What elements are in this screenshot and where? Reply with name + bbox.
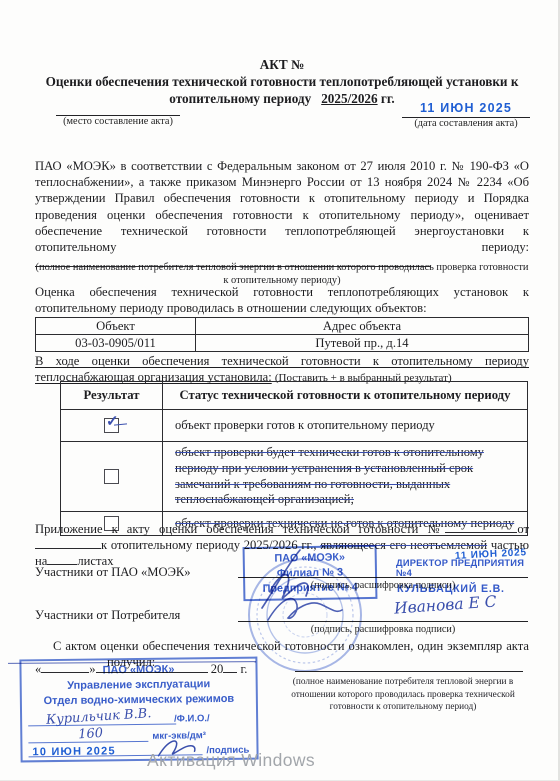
consumer-signature-scribble-icon — [262, 592, 346, 626]
status-text-ready: объект проверки готов к отопительному пе… — [163, 410, 528, 442]
heating-period-years: 2025/2026 — [321, 91, 377, 106]
objects-table-row: 03-03-0905/011 Путевой пр., д.14 — [36, 335, 529, 352]
result-row-ready: ✓ объект проверки готов к отопительному … — [61, 410, 528, 442]
attachment-number-blank — [445, 523, 517, 533]
attachment-date-blank — [35, 539, 101, 549]
attachment-p2: от — [517, 522, 529, 536]
place-blank-line — [56, 103, 180, 116]
objects-table-header: Объект Адрес объекта — [36, 318, 529, 335]
attachment-sheets-blank — [47, 555, 77, 565]
water-chemistry-stamp: ПАО «МОЭК» Управление эксплуатации Отдел… — [19, 657, 258, 763]
act-number-title: АКТ № — [35, 56, 529, 73]
date-of-act-block: 11 ИЮН 2025 (дата составления акта) — [402, 101, 530, 131]
consumer-fullname-caption: (полное наименование потребителя теплово… — [270, 676, 536, 714]
document-title-block: АКТ № Оценки обеспечения технической гот… — [35, 56, 529, 107]
checkbox-ready: ✓ — [104, 418, 119, 433]
result-table: Результат Статус технической готовности … — [60, 381, 528, 536]
place-caption: (место составление акта) — [56, 116, 180, 129]
result-row-conditional: ✓ объект проверки будет технически готов… — [61, 442, 528, 512]
objects-lead: Оценка обеспечения технической готовност… — [35, 284, 529, 316]
attachment-p1: Приложение к акту оценки обеспечения тех… — [35, 522, 445, 536]
bottom-stamp-line3: Отдел водно-химических режимов — [22, 693, 256, 708]
object-id-cell: 03-03-0905/011 — [36, 335, 196, 352]
checkbox-cell: ✓ — [61, 410, 163, 442]
checkbox-cell: ✓ — [61, 442, 163, 512]
status-text-conditional: объект проверки будет технически готов к… — [163, 442, 528, 512]
result-header-status: Статус технической готовности к отопител… — [163, 382, 528, 410]
result-header-result: Результат — [61, 382, 163, 410]
date-caption: (дата составления акта) — [402, 118, 530, 131]
result-table-header: Результат Статус технической готовности … — [61, 382, 528, 410]
checkmark-icon: ✓ — [106, 415, 119, 430]
fio-underline — [28, 712, 176, 727]
bottom-stamp-line2: Управление эксплуатации — [22, 678, 256, 693]
acknowledgement-line: С актом оценки обеспечения технической г… — [35, 638, 529, 654]
intro-paragraph: ПАО «МОЭК» в соответствии с Федеральным … — [35, 158, 529, 271]
intro-text: ПАО «МОЭК» в соответствии с Федеральным … — [35, 159, 529, 254]
object-address-cell: Путевой пр., д.14 — [196, 335, 529, 352]
consumer-fullname-line — [295, 659, 523, 672]
checkbox-conditional: ✓ — [104, 469, 119, 484]
bottom-stamp-line1: ПАО «МОЭК» — [21, 663, 255, 678]
consumer-participants-label: Участники от Потребителя — [35, 608, 180, 623]
windows-activation-watermark: Активация Windows — [147, 750, 315, 771]
measure-underline — [28, 729, 148, 743]
fio-label: /Ф.И.О./ — [174, 713, 210, 724]
objects-header-object: Объект — [36, 318, 196, 335]
place-of-act-block: (место составление акта) — [56, 103, 180, 129]
date-stamp-top: 11 ИЮН 2025 — [402, 101, 530, 118]
objects-header-address: Адрес объекта — [196, 318, 529, 335]
moek-participants-label: Участники от ПАО «МОЭК» — [35, 565, 191, 580]
years-suffix: гг. — [381, 91, 395, 106]
scanned-act-document: АКТ № Оценки обеспечения технической гот… — [0, 0, 560, 781]
objects-table: Объект Адрес объекта 03-03-0905/011 Путе… — [35, 317, 529, 352]
